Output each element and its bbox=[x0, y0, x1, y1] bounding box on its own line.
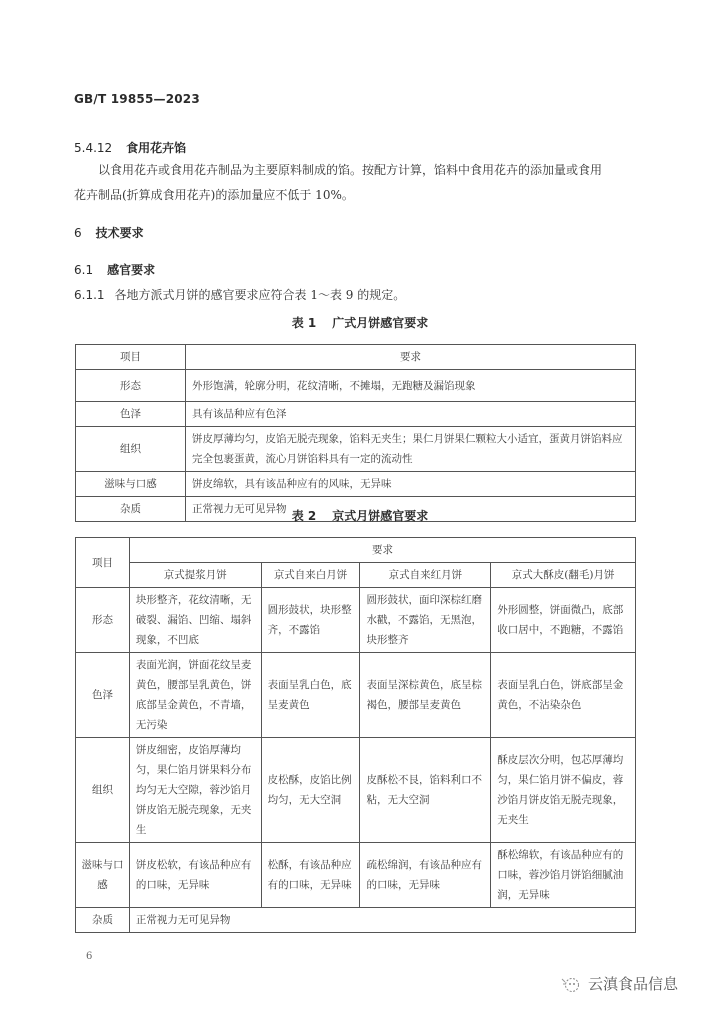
table-row: 组织 饼皮细密，皮馅厚薄均匀，果仁馅月饼果料分布均匀无大空隙，蓉沙馅月饼皮馅无脱… bbox=[76, 738, 636, 843]
row-item: 色泽 bbox=[76, 402, 186, 427]
section-5-4-12-paragraph: 以食用花卉或食用花卉制品为主要原料制成的馅。按配方计算，馅料中食用花卉的添加量或… bbox=[74, 158, 654, 208]
table-subheader-row: 京式提浆月饼 京式自来白月饼 京式自来红月饼 京式大酥皮(翻毛)月饼 bbox=[76, 563, 636, 588]
cell: 皮酥松不艮，馅料利口不粘，无大空洞 bbox=[360, 738, 491, 843]
row-requirement: 饼皮厚薄均匀，皮馅无脱壳现象，馅料无夹生；果仁月饼果仁颗粒大小适宜，蛋黄月饼馅料… bbox=[186, 427, 636, 472]
cell: 圆形鼓状，面印深棕红磨水戳，不露馅，无黑泡，块形整齐 bbox=[360, 588, 491, 653]
cell: 外形圆整，饼面微凸，底部收口居中，不跑糖，不露馅 bbox=[491, 588, 636, 653]
header-item: 项目 bbox=[76, 345, 186, 370]
table-number: 表 2 bbox=[292, 509, 317, 523]
header-requirement: 要求 bbox=[186, 345, 636, 370]
table-row: 杂质 正常视力无可见异物 bbox=[76, 908, 636, 933]
cell: 饼皮松软，有该品种应有的口味，无异味 bbox=[129, 843, 261, 908]
row-requirement: 饼皮绵软，具有该品种应有的风味，无异味 bbox=[186, 472, 636, 497]
cell: 表面光润，饼面花纹呈麦黄色，腰部呈乳黄色，饼底部呈金黄色，不青墙，无污染 bbox=[129, 653, 261, 738]
section-6-1-heading: 6.1感官要求 bbox=[74, 261, 155, 278]
paragraph-line: 花卉制品(折算成食用花卉)的添加量应不低于 10%。 bbox=[74, 183, 654, 208]
standard-code: GB/T 19855—2023 bbox=[74, 92, 200, 106]
cell: 松酥，有该品种应有的口味，无异味 bbox=[261, 843, 360, 908]
table-row: 滋味与口感 饼皮绵软，具有该品种应有的风味，无异味 bbox=[76, 472, 636, 497]
section-number: 6 bbox=[74, 226, 82, 240]
cell: 块形整齐，花纹清晰，无破裂、漏馅、凹缩、塌斜现象，不凹底 bbox=[129, 588, 261, 653]
paragraph-line: 以食用花卉或食用花卉制品为主要原料制成的馅。按配方计算，馅料中食用花卉的添加量或… bbox=[74, 158, 654, 183]
cell: 表面呈乳白色，底呈麦黄色 bbox=[261, 653, 360, 738]
wechat-official-account-icon bbox=[560, 975, 582, 993]
table-row: 色泽 表面光润，饼面花纹呈麦黄色，腰部呈乳黄色，饼底部呈金黄色，不青墙，无污染 … bbox=[76, 653, 636, 738]
section-title: 技术要求 bbox=[96, 226, 144, 240]
section-text: 各地方派式月饼的感官要求应符合表 1～表 9 的规定。 bbox=[115, 288, 406, 302]
table2-beijing-mooncake: 项目 要求 京式提浆月饼 京式自来白月饼 京式自来红月饼 京式大酥皮(翻毛)月饼… bbox=[75, 537, 636, 933]
row-requirement: 外形饱满，轮廓分明，花纹清晰，不摊塌，无跑糖及漏馅现象 bbox=[186, 370, 636, 402]
table-header-row: 项目 要求 bbox=[76, 345, 636, 370]
table1-cantonese-mooncake: 项目 要求 形态 外形饱满，轮廓分明，花纹清晰，不摊塌，无跑糖及漏馅现象 色泽 … bbox=[75, 344, 636, 522]
header-requirement: 要求 bbox=[129, 538, 635, 563]
header-item: 项目 bbox=[76, 538, 130, 588]
table-title: 京式月饼感官要求 bbox=[332, 509, 428, 523]
watermark-text: 云滇食品信息 bbox=[588, 973, 678, 994]
table-row: 形态 外形饱满，轮廓分明，花纹清晰，不摊塌，无跑糖及漏馅现象 bbox=[76, 370, 636, 402]
table2-caption: 表 2京式月饼感官要求 bbox=[0, 507, 720, 524]
table-number: 表 1 bbox=[292, 316, 317, 330]
table-row: 形态 块形整齐，花纹清晰，无破裂、漏馅、凹缩、塌斜现象，不凹底 圆形鼓状，块形整… bbox=[76, 588, 636, 653]
section-number: 6.1.1 bbox=[74, 288, 105, 302]
section-6-1-1: 6.1.1各地方派式月饼的感官要求应符合表 1～表 9 的规定。 bbox=[74, 283, 405, 308]
section-number: 6.1 bbox=[74, 263, 93, 277]
row-item: 滋味与口感 bbox=[76, 472, 186, 497]
table1-caption: 表 1广式月饼感官要求 bbox=[0, 314, 720, 331]
cell: 酥皮层次分明，包芯厚薄均匀，果仁馅月饼不偏皮，蓉沙馅月饼皮馅无脱壳现象，无夹生 bbox=[491, 738, 636, 843]
section-title: 感官要求 bbox=[107, 263, 155, 277]
row-item: 杂质 bbox=[76, 908, 130, 933]
cell: 表面呈乳白色，饼底部呈金黄色，不沾染杂色 bbox=[491, 653, 636, 738]
row-item: 形态 bbox=[76, 370, 186, 402]
row-item: 形态 bbox=[76, 588, 130, 653]
section-number: 5.4.12 bbox=[74, 141, 112, 155]
page-number: 6 bbox=[86, 951, 92, 962]
subheader-tijiang: 京式提浆月饼 bbox=[129, 563, 261, 588]
cell: 表面呈深棕黄色，底呈棕褐色，腰部呈麦黄色 bbox=[360, 653, 491, 738]
row-item: 组织 bbox=[76, 427, 186, 472]
subheader-dasupi: 京式大酥皮(翻毛)月饼 bbox=[491, 563, 636, 588]
table-row: 滋味与口感 饼皮松软，有该品种应有的口味，无异味 松酥，有该品种应有的口味，无异… bbox=[76, 843, 636, 908]
row-item: 色泽 bbox=[76, 653, 130, 738]
section-6-heading: 6技术要求 bbox=[74, 224, 144, 241]
row-requirement: 具有该品种应有色泽 bbox=[186, 402, 636, 427]
cell: 疏松绵润，有该品种应有的口味，无异味 bbox=[360, 843, 491, 908]
cell: 酥松绵软，有该品种应有的口味，蓉沙馅月饼馅细腻油润，无异味 bbox=[491, 843, 636, 908]
table-row: 色泽 具有该品种应有色泽 bbox=[76, 402, 636, 427]
section-5-4-12-heading: 5.4.12食用花卉馅 bbox=[74, 139, 186, 156]
table-title: 广式月饼感官要求 bbox=[332, 316, 428, 330]
row-item: 组织 bbox=[76, 738, 130, 843]
table-row: 组织 饼皮厚薄均匀，皮馅无脱壳现象，馅料无夹生；果仁月饼果仁颗粒大小适宜，蛋黄月… bbox=[76, 427, 636, 472]
subheader-zilaibai: 京式自来白月饼 bbox=[261, 563, 360, 588]
table-header-row: 项目 要求 bbox=[76, 538, 636, 563]
watermark: 云滇食品信息 bbox=[560, 973, 678, 994]
cell: 圆形鼓状，块形整齐，不露馅 bbox=[261, 588, 360, 653]
cell: 正常视力无可见异物 bbox=[129, 908, 635, 933]
cell: 饼皮细密，皮馅厚薄均匀，果仁馅月饼果料分布均匀无大空隙，蓉沙馅月饼皮馅无脱壳现象… bbox=[129, 738, 261, 843]
cell: 皮松酥，皮馅比例均匀，无大空洞 bbox=[261, 738, 360, 843]
subheader-zilaihong: 京式自来红月饼 bbox=[360, 563, 491, 588]
row-item: 滋味与口感 bbox=[76, 843, 130, 908]
section-title: 食用花卉馅 bbox=[126, 141, 186, 155]
